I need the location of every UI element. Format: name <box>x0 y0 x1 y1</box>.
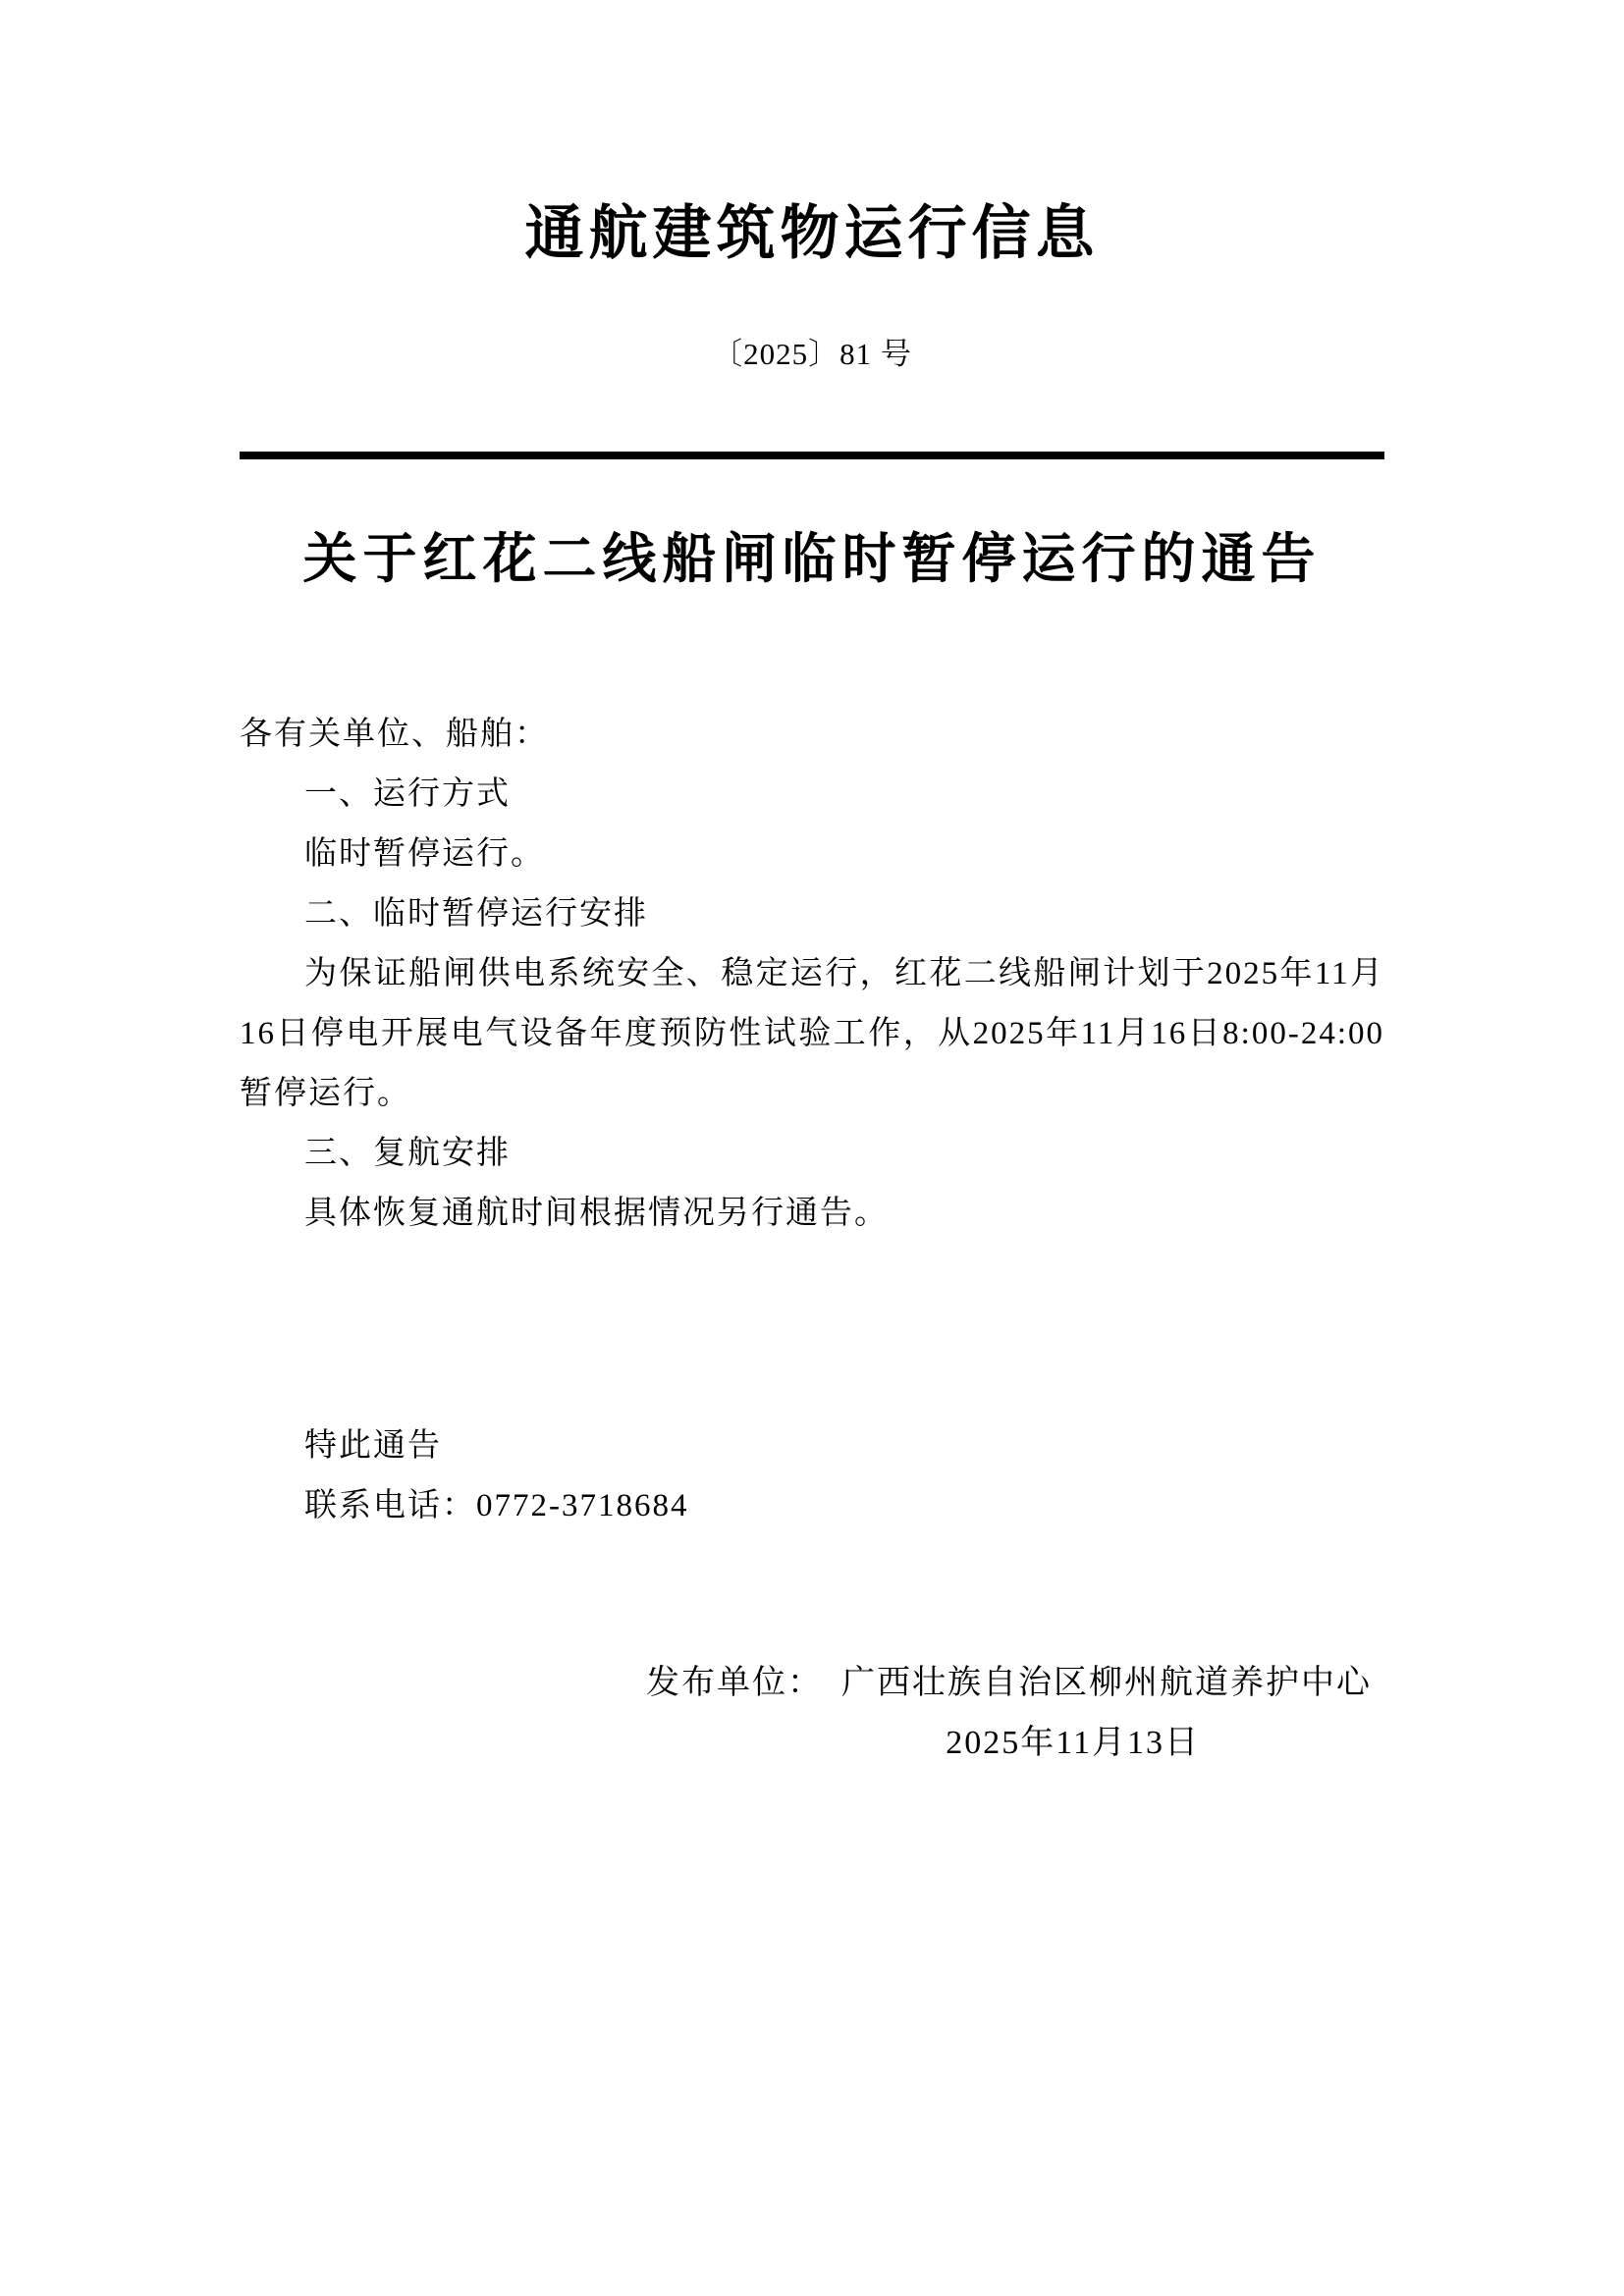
notice-title: 关于红花二线船闸临时暂停运行的通告 <box>240 530 1384 589</box>
section-heading-1: 一、运行方式 <box>240 765 1384 825</box>
notice-body: 各有关单位、船舶： 一、运行方式 临时暂停运行。 二、临时暂停运行安排 为保证船… <box>240 705 1384 1244</box>
signature-block: 发布单位： 广西壮族自治区柳州航道养护中心 2025年11月13日 <box>240 1653 1384 1773</box>
section-body-3: 具体恢复通航时间根据情况另行通告。 <box>240 1184 1384 1244</box>
section-heading-2: 二、临时暂停运行安排 <box>240 884 1384 944</box>
section-heading-3: 三、复航安排 <box>240 1124 1384 1184</box>
section-body-2: 为保证船闸供电系统安全、稳定运行，红花二线船闸计划于2025年11月16日停电开… <box>240 944 1384 1124</box>
issue-date: 2025年11月13日 <box>240 1713 1384 1773</box>
document-title: 通航建筑物运行信息 <box>240 0 1384 266</box>
closing-statement: 特此通告 <box>240 1416 1384 1476</box>
document-content: 通航建筑物运行信息 〔2025〕81 号 关于红花二线船闸临时暂停运行的通告 各… <box>240 0 1384 1773</box>
horizontal-rule <box>240 452 1384 459</box>
section-body-1: 临时暂停运行。 <box>240 825 1384 884</box>
contact-phone: 联系电话：0772-3718684 <box>240 1476 1384 1536</box>
document-number: 〔2025〕81 号 <box>240 337 1384 372</box>
salutation: 各有关单位、船舶： <box>240 705 1384 765</box>
closing-block: 特此通告 联系电话：0772-3718684 <box>240 1416 1384 1536</box>
document-page: 通航建筑物运行信息 〔2025〕81 号 关于红花二线船闸临时暂停运行的通告 各… <box>0 0 1624 2296</box>
publisher-line: 发布单位： 广西壮族自治区柳州航道养护中心 <box>240 1653 1384 1713</box>
